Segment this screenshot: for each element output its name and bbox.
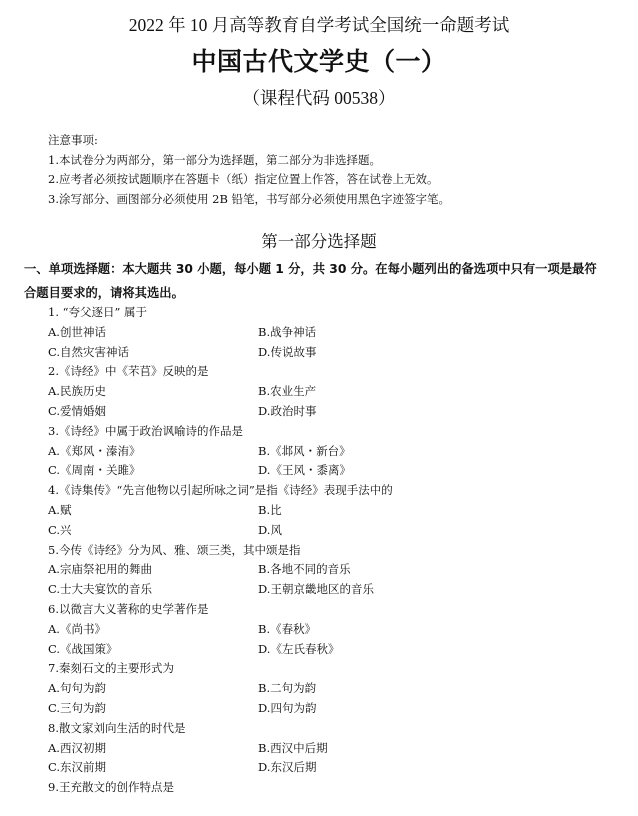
option-row: C.《周南・关雎》 D.《王风・黍离》 [48,461,608,481]
exam-page: 2022 年 10 月高等教育自学考试全国统一命题考试 中国古代文学史（一） （… [0,0,638,816]
option-row: A.西汉初期 B.西汉中后期 [48,739,608,759]
option-row: A.民族历史 B.农业生产 [48,382,608,402]
note-item: 3.涂写部分、画图部分必须使用 2B 铅笔，书写部分必须使用黑色字迹签字笔。 [48,190,608,210]
option-b: B.各地不同的音乐 [258,560,468,580]
option-b: B.战争神话 [258,323,468,343]
option-row: C.三句为韵 D.四句为韵 [48,699,608,719]
option-row: C.自然灾害神话 D.传说故事 [48,343,608,363]
note-item: 2.应考者必须按试题顺序在答题卡（纸）指定位置上作答，答在试卷上无效。 [48,170,608,190]
question-stem: 3.《诗经》中属于政治讽喻诗的作品是 [48,422,608,442]
note-item: 1.本试卷分为两部分，第一部分为选择题，第二部分为非选择题。 [48,151,608,171]
option-d: D.王朝京畿地区的音乐 [258,580,468,600]
option-c: C.《周南・关雎》 [48,461,258,481]
option-a: A.民族历史 [48,382,258,402]
option-c: C.爱情婚姻 [48,402,258,422]
option-c: C.三句为韵 [48,699,258,719]
exam-title: 中国古代文学史（一） [0,45,638,79]
option-d: D.政治时事 [258,402,468,422]
option-d: D.四句为韵 [258,699,468,719]
question-stem: 1. “夸父逐日” 属于 [48,303,608,323]
option-d: D.风 [258,521,468,541]
option-d: D.《王风・黍离》 [258,461,468,481]
option-row: A.赋 B.比 [48,501,608,521]
question-stem: 5.今传《诗经》分为风、雅、颂三类，其中颂是指 [48,541,608,561]
option-b: B.比 [258,501,468,521]
option-b: B.西汉中后期 [258,739,468,759]
option-row: A.《尚书》 B.《春秋》 [48,620,608,640]
notes-block: 注意事项: 1.本试卷分为两部分，第一部分为选择题，第二部分为非选择题。 2.应… [48,131,608,210]
section-instruction: 一、单项选择题：本大题共 30 小题，每小题 1 分，共 30 分。在每小题列出… [24,257,624,305]
option-d: D.传说故事 [258,343,468,363]
option-row: A.句句为韵 B.二句为韵 [48,679,608,699]
question-stem: 6.以微言大义著称的史学著作是 [48,600,608,620]
option-row: A.宗庙祭祀用的舞曲 B.各地不同的音乐 [48,560,608,580]
option-d: D.《左氏春秋》 [258,640,468,660]
question-stem: 7.秦刻石文的主要形式为 [48,659,608,679]
option-d: D.东汉后期 [258,758,468,778]
option-b: B.《春秋》 [258,620,468,640]
option-a: A.西汉初期 [48,739,258,759]
option-c: C.兴 [48,521,258,541]
question-stem: 8.散文家刘向生活的时代是 [48,719,608,739]
option-row: A.《郑风・溱洧》 B.《邶风・新台》 [48,442,608,462]
option-row: C.东汉前期 D.东汉后期 [48,758,608,778]
option-a: A.《郑风・溱洧》 [48,442,258,462]
option-b: B.二句为韵 [258,679,468,699]
exam-header-line: 2022 年 10 月高等教育自学考试全国统一命题考试 [0,12,638,38]
question-stem: 4.《诗集传》“先言他物以引起所咏之词”是指《诗经》表现手法中的 [48,481,608,501]
option-c: C.《战国策》 [48,640,258,660]
option-row: C.士大夫宴饮的音乐 D.王朝京畿地区的音乐 [48,580,608,600]
notes-heading: 注意事项: [48,131,608,151]
option-c: C.自然灾害神话 [48,343,258,363]
question-list: 1. “夸父逐日” 属于 A.创世神话 B.战争神话 C.自然灾害神话 D.传说… [48,303,608,798]
option-b: B.《邶风・新台》 [258,442,468,462]
section-heading: 第一部分选择题 [0,230,638,254]
instruction-line: 一、单项选择题：本大题共 30 小题，每小题 1 分，共 30 分。在每小题列出… [24,257,624,281]
option-a: A.创世神话 [48,323,258,343]
option-c: C.东汉前期 [48,758,258,778]
option-row: C.爱情婚姻 D.政治时事 [48,402,608,422]
option-a: A.句句为韵 [48,679,258,699]
option-c: C.士大夫宴饮的音乐 [48,580,258,600]
option-row: C.兴 D.风 [48,521,608,541]
option-b: B.农业生产 [258,382,468,402]
option-row: C.《战国策》 D.《左氏春秋》 [48,640,608,660]
option-row: A.创世神话 B.战争神话 [48,323,608,343]
course-code: （课程代码 00538） [0,85,638,111]
option-a: A.《尚书》 [48,620,258,640]
question-stem: 9.王充散文的创作特点是 [48,778,608,798]
option-a: A.赋 [48,501,258,521]
question-stem: 2.《诗经》中《芣苢》反映的是 [48,362,608,382]
option-a: A.宗庙祭祀用的舞曲 [48,560,258,580]
instruction-line: 合题目要求的，请将其选出。 [24,281,624,305]
